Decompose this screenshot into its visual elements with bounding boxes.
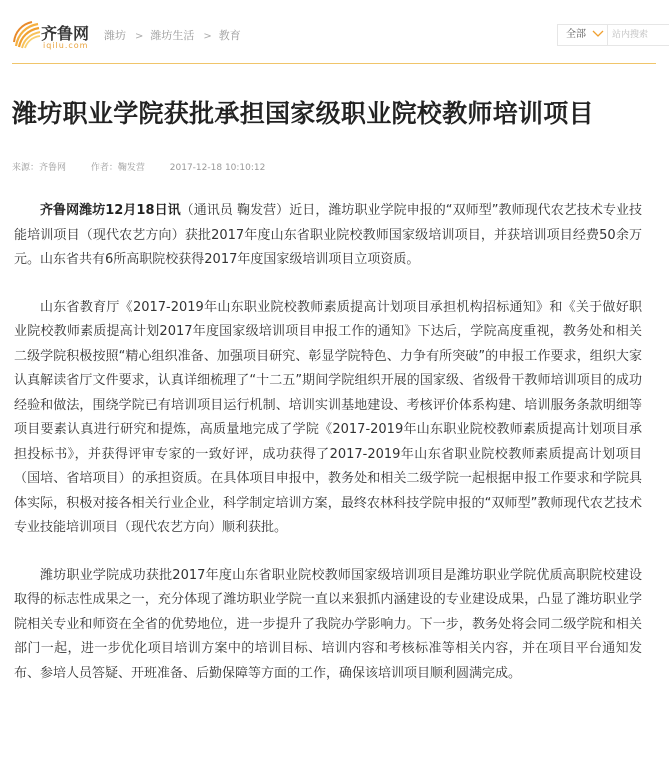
search-scope-dropdown[interactable]: 全部 [558,25,608,45]
article-meta: 来源：齐鲁网 作者：鞠发营 2017-12-18 10:10:12 [12,160,287,173]
article-body: 齐鲁网潍坊12月18日讯（通讯员 鞠发营）近日，潍坊职业学院申报的“双师型”教师… [14,199,642,709]
article-title: 潍坊职业学院获批承担国家级职业院校教师培训项目 [12,94,594,130]
article-datetime: 2017-12-18 10:10:12 [170,163,266,173]
breadcrumb-item-education[interactable]: 教育 [219,27,241,43]
breadcrumb-item-weifang-life[interactable]: 潍坊生活 [150,27,194,43]
dateline: 齐鲁网潍坊12月18日讯 [40,203,181,218]
chevron-down-icon [592,30,604,38]
site-search: 全部 [557,24,669,46]
paragraph-text: 潍坊职业学院成功获批2017年度山东省职业院校教师国家级培训项目是潍坊职业学院优… [14,568,642,681]
paragraph-text: 山东省教育厅《2017-2019年山东职业院校教师素质提高计划项目承担机构招标通… [14,300,642,536]
breadcrumb-separator: > [135,31,143,42]
article-paragraph: 潍坊职业学院成功获批2017年度山东省职业院校教师国家级培训项目是潍坊职业学院优… [14,564,642,687]
article-paragraph: 齐鲁网潍坊12月18日讯（通讯员 鞠发营）近日，潍坊职业学院申报的“双师型”教师… [14,199,642,273]
search-input[interactable] [610,26,669,44]
breadcrumb-separator: > [203,31,211,42]
article-source: 来源：齐鲁网 [12,163,66,173]
site-header: 齐鲁网 iqilu.com 潍坊>潍坊生活>教育 全部 [0,0,669,66]
article-author: 作者：鞠发营 [91,163,145,173]
article-paragraph: 山东省教育厅《2017-2019年山东职业院校教师素质提高计划项目承担机构招标通… [14,296,642,541]
site-logo[interactable]: 齐鲁网 iqilu.com [12,20,97,52]
search-scope-label: 全部 [566,29,586,40]
breadcrumb: 潍坊>潍坊生活>教育 [104,27,241,43]
breadcrumb-item-weifang[interactable]: 潍坊 [104,27,126,43]
header-divider [12,63,656,64]
logo-swirl-icon [12,20,42,50]
logo-domain: iqilu.com [43,41,88,50]
